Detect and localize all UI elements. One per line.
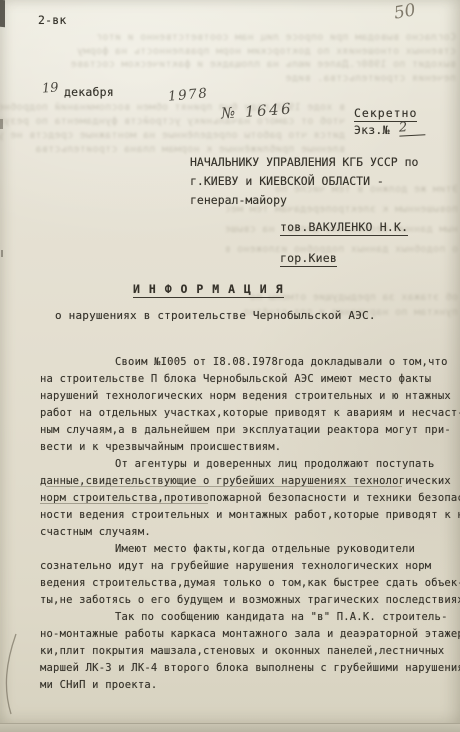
body-line: сознательно идут на грубейшие нарушения … xyxy=(40,558,458,575)
body-line: ным случаям,а в дальнейшем при эксплуата… xyxy=(40,422,458,439)
typed-month: декабря xyxy=(64,85,114,99)
document-subtitle: о нарушениях в строительстве Чернобыльск… xyxy=(55,309,376,322)
body-line: ми СНиП и проекта. xyxy=(40,677,458,694)
recipient-line: НАЧАЛЬНИКУ УПРАВЛЕНИЯ КГБ УССР по xyxy=(190,153,450,172)
body-line: счастным случаям. xyxy=(40,524,458,541)
scan-edge-mark xyxy=(0,0,5,27)
body-line: ности ведения строительных и монтажных р… xyxy=(40,507,458,524)
body-line: Своим №I005 от I8.08.I978года докладывал… xyxy=(40,354,458,371)
body-line: Имеют место факты,когда отдельные руково… xyxy=(40,541,458,558)
body-line: но-монтажные работы каркаса монтажного з… xyxy=(40,626,458,643)
body-line: нарушений технологических норм ведения с… xyxy=(40,388,458,405)
edge-speck xyxy=(0,119,3,129)
recipient-line: г.КИЕВУ и КИЕВСКОЙ ОБЛАСТИ - xyxy=(190,172,450,191)
pencil-underline-mark xyxy=(46,486,402,487)
body-line: ведения строительства,думая только о том… xyxy=(40,575,458,592)
pencil-page-number: 50 xyxy=(392,0,417,23)
corner-code: 2-вк xyxy=(38,13,67,27)
body-line: работ на отдельных участках,которые прив… xyxy=(40,405,458,422)
recipient-city: гор.Киев xyxy=(280,251,337,267)
document-title: И Н Ф О Р М А Ц И Я xyxy=(133,282,284,298)
recipient-block: НАЧАЛЬНИКУ УПРАВЛЕНИЯ КГБ УССР по г.КИЕВ… xyxy=(190,153,450,210)
body-line: ты,не заботясь о его будущем и возможных… xyxy=(40,592,458,609)
body-line: маршей ЛК-3 и ЛК-4 второго блока выполне… xyxy=(40,660,458,677)
body-line: ки,плит покрытия машзала,стеновых и окон… xyxy=(40,643,458,660)
body-line: данные,свидетельствующие о грубейших нар… xyxy=(40,473,458,490)
bleedthrough-text-top: Согласно выводам при опросе лиц нам соот… xyxy=(8,31,456,85)
document-body: Своим №I005 от I8.08.I978года докладывал… xyxy=(40,354,458,694)
body-line: норм строительства,противопожарной безоп… xyxy=(40,490,458,507)
edge-speck xyxy=(1,250,3,257)
body-line: на строительстве П блока Чернобыльской А… xyxy=(40,371,458,388)
fold-crease-mark xyxy=(0,628,24,720)
recipient-line: генерал-майору xyxy=(190,191,450,210)
pencil-underline-mark xyxy=(40,503,208,504)
handwritten-copy-number: 2 xyxy=(399,119,426,136)
copy-label: Экз.№ xyxy=(354,123,390,137)
bleedthrough-text-upper: в ходе 1978 году был принят обмен воспом… xyxy=(0,101,345,157)
body-line: вести и к чрезвычайным происшествиям. xyxy=(40,439,458,456)
scanned-document-page: Согласно выводам при опросе лиц нам соот… xyxy=(0,0,460,732)
body-line: Так по сообщению кандидата на "в" П.А.К.… xyxy=(40,609,458,626)
recipient-name: тов.ВАКУЛЕНКО Н.К. xyxy=(280,220,408,236)
page-bottom-edge xyxy=(0,723,460,732)
body-line: От агентуры и доверенных лиц продолжают … xyxy=(40,456,458,473)
handwritten-day: 19 xyxy=(41,80,59,96)
